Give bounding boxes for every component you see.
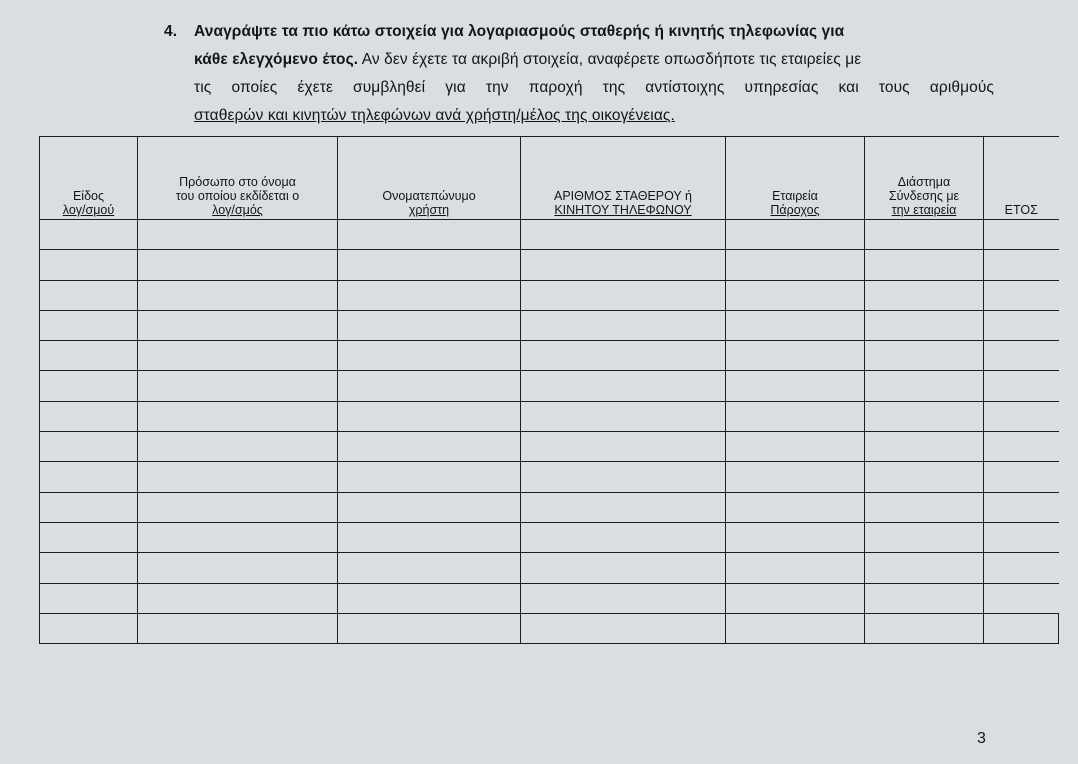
- table-cell[interactable]: [865, 613, 984, 643]
- table-row: [40, 401, 1059, 431]
- table-cell[interactable]: [726, 401, 865, 431]
- table-cell[interactable]: [40, 462, 138, 492]
- table-cell[interactable]: [138, 401, 338, 431]
- table-cell[interactable]: [338, 310, 521, 340]
- table-row: [40, 553, 1059, 583]
- table-cell[interactable]: [865, 310, 984, 340]
- table-cell[interactable]: [40, 583, 138, 613]
- table-cell[interactable]: [138, 432, 338, 462]
- table-cell[interactable]: [521, 371, 726, 401]
- table-cell[interactable]: [521, 280, 726, 310]
- table-cell[interactable]: [521, 250, 726, 280]
- table-cell[interactable]: [726, 522, 865, 552]
- table-cell[interactable]: [338, 553, 521, 583]
- table-row: [40, 583, 1059, 613]
- table-row: [40, 371, 1059, 401]
- table-row: [40, 341, 1059, 371]
- table-cell[interactable]: [521, 553, 726, 583]
- header-text: λογ/σμού: [63, 203, 114, 217]
- instruction-heading-end: κάθε ελεγχόμενο έτος.: [194, 51, 358, 68]
- table-cell[interactable]: [138, 341, 338, 371]
- table-row: [40, 432, 1059, 462]
- table-cell[interactable]: [138, 371, 338, 401]
- table-cell[interactable]: [984, 371, 1059, 401]
- instruction-line-1: 4.Αναγράψτε τα πιο κάτω στοιχεία για λογ…: [164, 18, 996, 46]
- table-cell[interactable]: [338, 583, 521, 613]
- question-number: 4.: [164, 18, 184, 46]
- table-cell[interactable]: [984, 401, 1059, 431]
- table-cell[interactable]: [138, 492, 338, 522]
- table-cell[interactable]: [40, 492, 138, 522]
- table-cell[interactable]: [521, 492, 726, 522]
- table-cell[interactable]: [138, 553, 338, 583]
- instruction-line-2: κάθε ελεγχόμενο έτος. Αν δεν έχετε τα ακ…: [164, 46, 996, 74]
- table-cell[interactable]: [865, 553, 984, 583]
- table-cell[interactable]: [865, 583, 984, 613]
- column-header-year: ΕΤΟΣ: [984, 137, 1059, 220]
- table-cell[interactable]: [984, 553, 1059, 583]
- table-cell[interactable]: [338, 613, 521, 643]
- table-cell[interactable]: [726, 310, 865, 340]
- table-cell[interactable]: [40, 401, 138, 431]
- table-cell[interactable]: [338, 250, 521, 280]
- table-cell[interactable]: [984, 310, 1059, 340]
- table-cell[interactable]: [40, 553, 138, 583]
- header-text: Πάροχος: [770, 203, 819, 217]
- table-row: [40, 280, 1059, 310]
- table-cell[interactable]: [40, 432, 138, 462]
- column-header-user-name: Ονοματεπώνυμο χρήστη: [338, 137, 521, 220]
- table-cell[interactable]: [138, 310, 338, 340]
- table-cell[interactable]: [865, 401, 984, 431]
- table-cell[interactable]: [40, 250, 138, 280]
- table-cell[interactable]: [984, 341, 1059, 371]
- table-header-row: Είδος λογ/σμού Πρόσωπο στο όνομα του οπο…: [40, 137, 1059, 220]
- table-cell[interactable]: [726, 371, 865, 401]
- table-body: [40, 220, 1059, 644]
- table-cell[interactable]: [138, 613, 338, 643]
- page-number: 3: [977, 730, 986, 748]
- table-cell[interactable]: [865, 462, 984, 492]
- header-text: χρήστη: [409, 203, 449, 217]
- table-cell[interactable]: [726, 220, 865, 250]
- table-cell[interactable]: [40, 310, 138, 340]
- table-cell[interactable]: [865, 432, 984, 462]
- header-text: ΑΡΙΘΜΟΣ ΣΤΑΘΕΡΟΥ ή: [521, 189, 725, 203]
- header-text: Πρόσωπο στο όνομα: [138, 175, 337, 189]
- table-cell[interactable]: [521, 310, 726, 340]
- table-row: [40, 250, 1059, 280]
- header-text: Ονοματεπώνυμο: [338, 189, 520, 203]
- table-cell[interactable]: [521, 432, 726, 462]
- header-text: ΚΙΝΗΤΟΥ ΤΗΛΕΦΩΝΟΥ: [554, 203, 691, 217]
- instruction-line-3: τις οποίες έχετε συμβληθεί για την παροχ…: [164, 74, 994, 102]
- table-row: [40, 492, 1059, 522]
- table-cell[interactable]: [726, 341, 865, 371]
- telephone-accounts-table: Είδος λογ/σμού Πρόσωπο στο όνομα του οπο…: [39, 136, 1059, 644]
- column-header-account-type: Είδος λογ/σμού: [40, 137, 138, 220]
- instruction-line-4: σταθερών και κινητών τηλεφώνων ανά χρήστ…: [164, 102, 996, 130]
- table-cell[interactable]: [521, 220, 726, 250]
- table-cell[interactable]: [865, 250, 984, 280]
- table-cell[interactable]: [984, 432, 1059, 462]
- table-cell[interactable]: [40, 280, 138, 310]
- table-cell[interactable]: [521, 462, 726, 492]
- column-header-provider: Εταιρεία Πάροχος: [726, 137, 865, 220]
- table-cell[interactable]: [865, 341, 984, 371]
- table-row: [40, 522, 1059, 552]
- table-cell[interactable]: [138, 583, 338, 613]
- table-cell[interactable]: [726, 280, 865, 310]
- header-text: του οποίου εκδίδεται ο: [138, 189, 337, 203]
- table-cell[interactable]: [521, 401, 726, 431]
- table-cell[interactable]: [984, 613, 1059, 643]
- table-cell[interactable]: [521, 583, 726, 613]
- table-cell[interactable]: [865, 220, 984, 250]
- table-cell[interactable]: [138, 522, 338, 552]
- table-row: [40, 613, 1059, 643]
- table-cell[interactable]: [40, 522, 138, 552]
- table-row: [40, 310, 1059, 340]
- table-cell[interactable]: [984, 462, 1059, 492]
- table-cell[interactable]: [138, 280, 338, 310]
- table-cell[interactable]: [138, 220, 338, 250]
- table-cell[interactable]: [984, 250, 1059, 280]
- table-cell[interactable]: [338, 341, 521, 371]
- table-cell[interactable]: [338, 220, 521, 250]
- table-cell[interactable]: [338, 462, 521, 492]
- table-cell[interactable]: [40, 220, 138, 250]
- column-header-account-holder: Πρόσωπο στο όνομα του οποίου εκδίδεται ο…: [138, 137, 338, 220]
- column-header-phone-number: ΑΡΙΘΜΟΣ ΣΤΑΘΕΡΟΥ ή ΚΙΝΗΤΟΥ ΤΗΛΕΦΩΝΟΥ: [521, 137, 726, 220]
- table-cell[interactable]: [40, 371, 138, 401]
- table-cell[interactable]: [521, 613, 726, 643]
- table-row: [40, 462, 1059, 492]
- table-cell[interactable]: [726, 553, 865, 583]
- table-cell[interactable]: [338, 371, 521, 401]
- table-cell[interactable]: [40, 341, 138, 371]
- table-cell[interactable]: [865, 522, 984, 552]
- table-cell[interactable]: [338, 492, 521, 522]
- table-cell[interactable]: [984, 280, 1059, 310]
- table-cell[interactable]: [726, 432, 865, 462]
- table-cell[interactable]: [865, 371, 984, 401]
- header-text: Σύνδεσης με: [865, 189, 983, 203]
- column-header-connection-period: Διάστημα Σύνδεσης με την εταιρεία: [865, 137, 984, 220]
- table-cell[interactable]: [984, 522, 1059, 552]
- table-cell[interactable]: [865, 492, 984, 522]
- header-text: ΕΤΟΣ: [1005, 203, 1038, 217]
- header-text: την εταιρεία: [892, 203, 957, 217]
- table-cell[interactable]: [726, 462, 865, 492]
- table-cell[interactable]: [726, 492, 865, 522]
- instruction-text-end: σταθερών και κινητών τηλεφώνων ανά χρήστ…: [194, 107, 675, 124]
- table-cell[interactable]: [338, 280, 521, 310]
- table-cell[interactable]: [984, 583, 1059, 613]
- instruction-heading: Αναγράψτε τα πιο κάτω στοιχεία για λογαρ…: [184, 23, 844, 40]
- table-row: [40, 220, 1059, 250]
- table-cell[interactable]: [984, 220, 1059, 250]
- table-cell[interactable]: [521, 522, 726, 552]
- table-cell[interactable]: [726, 583, 865, 613]
- table-cell[interactable]: [984, 492, 1059, 522]
- table-cell[interactable]: [521, 341, 726, 371]
- header-text: Εταιρεία: [726, 189, 864, 203]
- table-cell[interactable]: [338, 522, 521, 552]
- table-cell[interactable]: [865, 280, 984, 310]
- table-cell[interactable]: [138, 250, 338, 280]
- table-cell[interactable]: [138, 462, 338, 492]
- header-text: Είδος: [40, 189, 137, 203]
- instruction-text: Αν δεν έχετε τα ακριβή στοιχεία, αναφέρε…: [358, 51, 861, 68]
- table-cell[interactable]: [40, 613, 138, 643]
- table-cell[interactable]: [726, 613, 865, 643]
- table-cell[interactable]: [726, 250, 865, 280]
- table-cell[interactable]: [338, 401, 521, 431]
- question-4-instructions: 4.Αναγράψτε τα πιο κάτω στοιχεία για λογ…: [164, 18, 996, 130]
- header-text: λογ/σμός: [212, 203, 263, 217]
- header-text: Διάστημα: [865, 175, 983, 189]
- table-cell[interactable]: [338, 432, 521, 462]
